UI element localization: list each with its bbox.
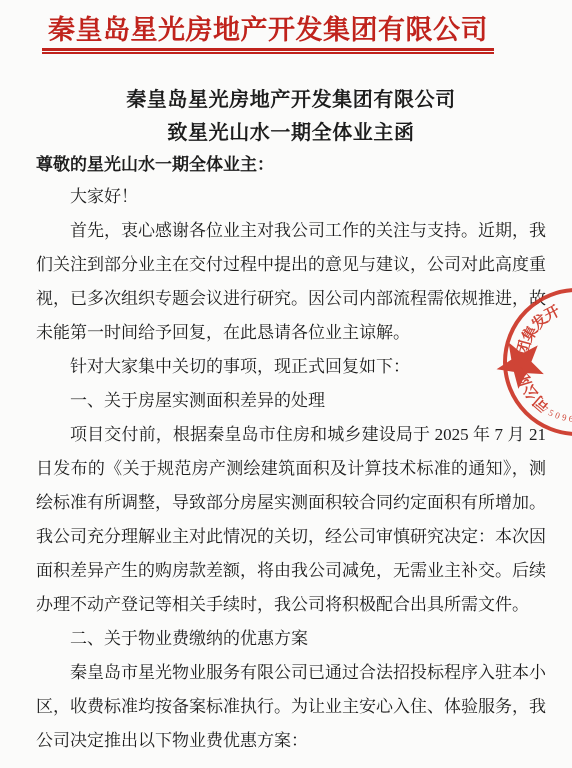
paragraph-reply-lead: 针对大家集中关切的事项，现正式回复如下： — [36, 350, 546, 384]
paragraph-area-difference: 项目交付前，根据秦皇岛市住房和城乡建设局于 2025 年 7 月 21 日发布的… — [36, 418, 546, 622]
paragraph-intro: 首先，衷心感谢各位业主对我公司工作的关注与支持。近期，我们关注到部分业主在交付过… — [36, 214, 546, 350]
document-title-line2: 致星光山水一期全体业主函 — [36, 120, 546, 146]
salutation: 尊敬的星光山水一期全体业主： — [36, 150, 546, 180]
section-heading-area-difference: 一、关于房屋实测面积差异的处理 — [36, 384, 546, 418]
seal-serial-digit: 9 — [561, 412, 568, 423]
section-heading-property-fee: 二、关于物业费缴纳的优惠方案 — [36, 622, 546, 656]
letterhead-underline: 秦皇岛星光房地产开发集团有限公司 — [42, 14, 494, 51]
seal-ring-char: 有 — [513, 355, 531, 370]
letter-page: 秦皇岛星光房地产开发集团有限公司 秦皇岛星光房地产开发集团有限公司 致星光山水一… — [0, 0, 572, 768]
company-letterhead: 秦皇岛星光房地产开发集团有限公司 — [42, 14, 494, 46]
seal-serial-digit: 6 — [568, 413, 572, 423]
company-seal: 开 发 集 团 有 限 公 司 7 5 0 9 6 4 — [478, 272, 572, 452]
greeting: 大家好！ — [36, 180, 546, 214]
document-title-line1: 秦皇岛星光房地产开发集团有限公司 — [36, 87, 546, 113]
paragraph-property-fee: 秦皇岛市星光物业服务有限公司已通过合法招投标程序入驻本小区，收费标准均按备案标准… — [36, 656, 546, 758]
